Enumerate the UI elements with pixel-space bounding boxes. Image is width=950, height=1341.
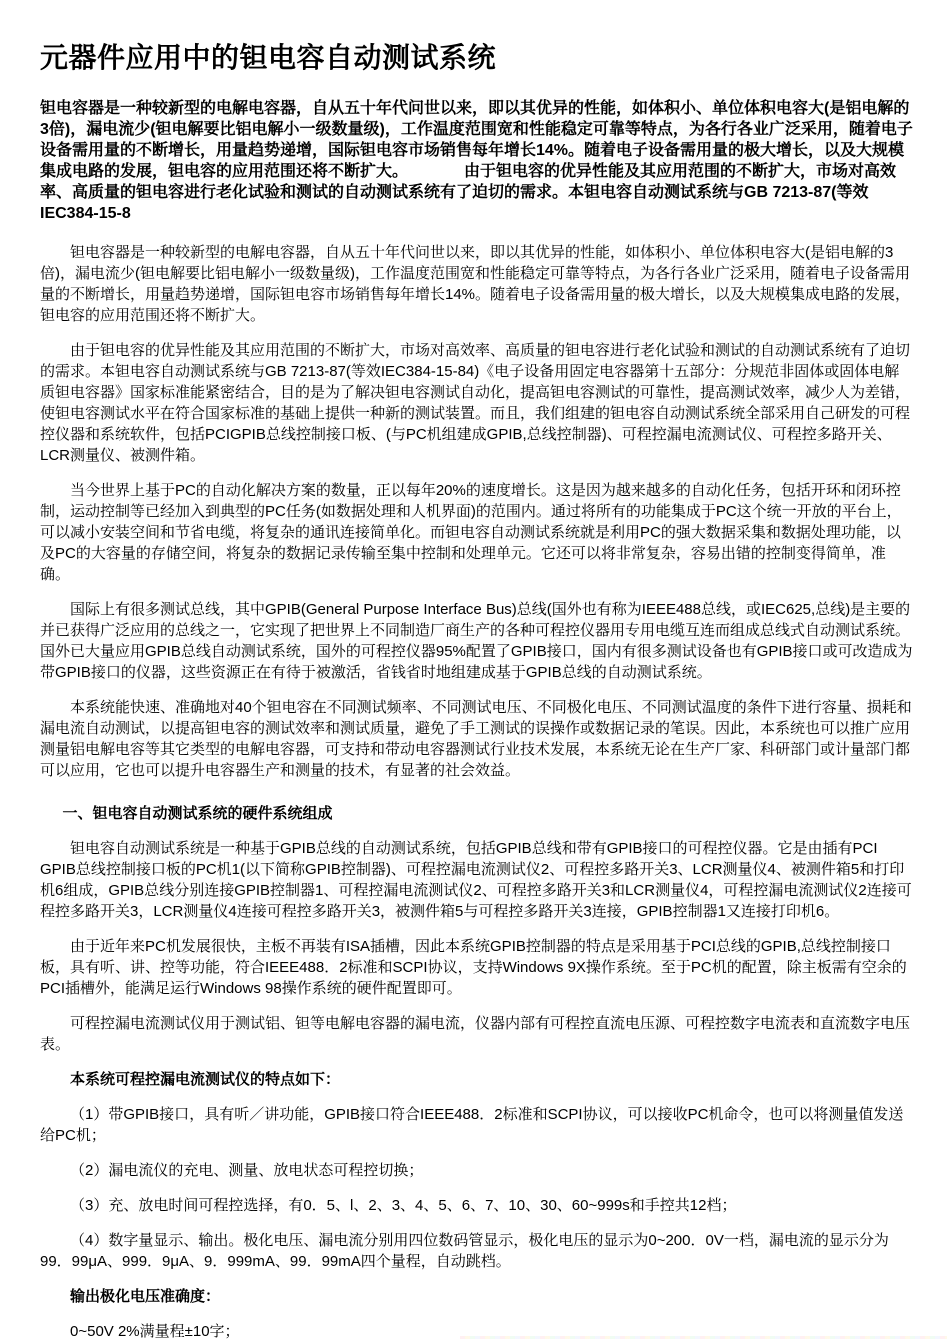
cropped-bottom-element	[460, 1336, 947, 1339]
list-item: （1）带GPIB接口，具有听／讲功能，GPIB接口符合IEEE488．2标准和S…	[40, 1104, 914, 1146]
section-heading: 一、钽电容自动测试系统的硬件系统组成	[40, 803, 914, 824]
feature-list-heading: 本系统可程控漏电流测试仪的特点如下：	[40, 1069, 914, 1090]
paragraph: 由于钽电容的优异性能及其应用范围的不断扩大，市场对高效率、高质量的钽电容进行老化…	[40, 340, 914, 466]
list-item: （4）数字量显示、输出。极化电压、漏电流分别用四位数码管显示，极化电压的显示为0…	[40, 1230, 914, 1272]
page-title: 元器件应用中的钽电容自动测试系统	[40, 42, 914, 74]
document-page: 元器件应用中的钽电容自动测试系统 钽电容器是一种较新型的电解电容器，自从五十年代…	[0, 0, 950, 1341]
paragraph: 可程控漏电流测试仪用于测试铝、钽等电解电容器的漏电流，仪器内部有可程控直流电压源…	[40, 1013, 914, 1055]
paragraph: 本系统能快速、准确地对40个钽电容在不同测试频率、不同测试电压、不同极化电压、不…	[40, 697, 914, 781]
list-item: （3）充、放电时间可程控选择，有0．5、l、2、3、4、5、6、7、10、30、…	[40, 1195, 914, 1216]
paragraph: 钽电容器是一种较新型的电解电容器，自从五十年代问世以来，即以其优异的性能，如体积…	[40, 242, 914, 326]
paragraph: 由于近年来PC机发展很快，主板不再装有ISA插槽，因此本系统GPIB控制器的特点…	[40, 936, 914, 999]
accuracy-heading: 输出极化电压准确度：	[40, 1286, 914, 1307]
paragraph: 国际上有很多测试总线，其中GPIB(General Purpose Interf…	[40, 599, 914, 683]
paragraph: 钽电容自动测试系统是一种基于GPIB总线的自动测试系统，包括GPIB总线和带有G…	[40, 838, 914, 922]
list-item: （2）漏电流仪的充电、测量、放电状态可程控切换；	[40, 1160, 914, 1181]
lead-paragraph: 钽电容器是一种较新型的电解电容器，自从五十年代问世以来，即以其优异的性能，如体积…	[40, 98, 914, 224]
page-title-text: 元器件应用中的钽电容自动测试系统	[40, 42, 496, 73]
paragraph: 当今世界上基于PC的自动化解决方案的数量，正以每年20%的速度增长。这是因为越来…	[40, 480, 914, 585]
